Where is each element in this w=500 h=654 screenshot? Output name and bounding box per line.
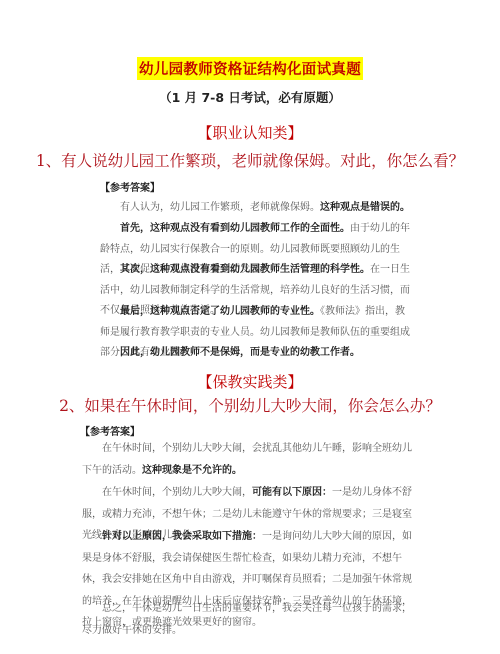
para-bold: 其次，这种观点没有看到幼儿园教师生活管理的科学性。 xyxy=(120,264,370,275)
para-text: 总之，午休是幼儿一日生活的重要环节，我会关注每一位孩子的需求，尽力做好午休的安排… xyxy=(82,603,412,636)
question-heading: 1、有人说幼儿园工作繁琐，老师就像保姆。对此，你怎么看？ xyxy=(0,149,500,171)
category-heading: 【职业认知类】 xyxy=(0,122,500,143)
reference-answer-label: 【参考答案】 xyxy=(80,423,140,438)
para-bold: 最后，这种观点否定了幼儿园教师的专业性。 xyxy=(120,306,320,317)
para-bold: 这种现象是不允许的。 xyxy=(142,465,242,476)
para-bold: 因此，幼儿园教师不是保姆，而是专业的幼教工作者。 xyxy=(120,347,360,358)
document-title: 幼儿园教师资格证结构化面试真题 xyxy=(137,57,363,80)
title-wrap: 幼儿园教师资格证结构化面试真题 xyxy=(0,57,500,80)
answer-paragraph: 因此，幼儿园教师不是保姆，而是专业的幼教工作者。 xyxy=(100,343,410,364)
answer-paragraph: 在午休时间，个别幼儿大吵大闹，会扰乱其他幼儿午睡，影响全班幼儿下午的活动。这种现… xyxy=(82,438,420,481)
question-heading: 2、如果在午休时间，个别幼儿大吵大闹，你会怎么办？ xyxy=(0,394,500,416)
para-bold: 针对以上原因，我会采取如下措施： xyxy=(102,531,262,542)
document-page: 幼儿园教师资格证结构化面试真题 （1 月 7-8 日考试，必有原题） 【职业认知… xyxy=(0,0,500,654)
category-heading: 【保教实践类】 xyxy=(0,371,500,392)
answer-paragraph: 总之，午休是幼儿一日生活的重要环节，我会关注每一位孩子的需求，尽力做好午休的安排… xyxy=(82,598,420,641)
document-subtitle: （1 月 7-8 日考试，必有原题） xyxy=(0,88,500,106)
para-text: 在午休时间，个别幼儿大吵大闹， xyxy=(102,487,252,498)
para-bold: 可能有以下原因： xyxy=(252,487,332,498)
para-text: 在午休时间，个别幼儿大吵大闹，会扰乱其他幼儿午睡，影响全班幼儿下午的活动。 xyxy=(82,443,412,476)
reference-answer-label: 【参考答案】 xyxy=(100,179,160,194)
para-bold: 这种观点是错误的。 xyxy=(320,202,410,213)
para-text: 有人认为，幼儿园工作繁琐，老师就像保姆。 xyxy=(120,202,320,213)
answer-paragraph: 有人认为，幼儿园工作繁琐，老师就像保姆。这种观点是错误的。 xyxy=(100,198,410,219)
para-bold: 首先，这种观点没有看到幼儿园教师工作的全面性。 xyxy=(120,223,350,234)
